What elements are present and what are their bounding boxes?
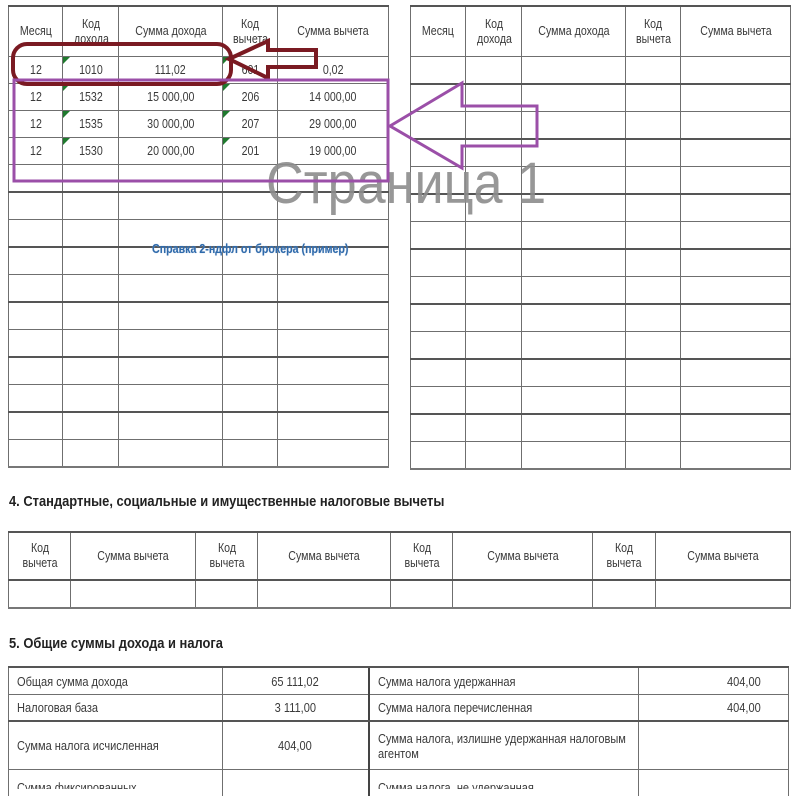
empty-cell [466, 442, 522, 470]
empty-cell [119, 385, 223, 413]
total-value-right: 404,00 [639, 667, 789, 695]
empty-cell [9, 165, 63, 193]
empty-cell [9, 357, 63, 385]
empty-cell [9, 220, 63, 248]
empty-cell [9, 385, 63, 413]
empty-cell [411, 249, 466, 277]
empty-cell [466, 332, 522, 360]
header-deduction-code: Код вычета [391, 532, 453, 580]
income-amount-cell: 15 000,00 [119, 84, 223, 111]
empty-cell [278, 357, 389, 385]
empty-cell [626, 194, 681, 222]
total-label-right: Сумма налога, не удержанная [369, 770, 639, 797]
empty-cell [9, 330, 63, 358]
empty-cell [466, 249, 522, 277]
empty-cell [626, 112, 681, 140]
empty-cell [681, 249, 791, 277]
header-deduction-amount: Сумма вычета [278, 6, 389, 57]
empty-cell [681, 167, 791, 195]
income-code-cell: 1530 [63, 138, 119, 165]
total-label-left: Общая сумма дохода [9, 667, 223, 695]
empty-cell [119, 357, 223, 385]
empty-cell [466, 304, 522, 332]
deduction-code-cell: 206 [223, 84, 278, 111]
total-value-left: 3 111,00 [223, 695, 369, 722]
totals-row: Налоговая база3 111,00Сумма налога переч… [9, 695, 789, 722]
empty-row [411, 112, 791, 140]
income-amount-cell: 30 000,00 [119, 111, 223, 138]
totals-row: Сумма налога исчисленная404,00Сумма нало… [9, 721, 789, 770]
header-deduction-amount: Сумма вычета [681, 6, 791, 57]
empty-cell [223, 385, 278, 413]
header-deduction-amount: Сумма вычета [656, 532, 791, 580]
income-table-right: Месяц Код дохода Сумма дохода Код вычета… [410, 5, 791, 470]
total-label-left: Налоговая база [9, 695, 223, 722]
totals-row: Сумма фиксированныхСумма налога, не удер… [9, 770, 789, 797]
empty-cell [411, 84, 466, 112]
income-code-cell: 1010 [63, 57, 119, 84]
total-label-right: Сумма налога удержанная [369, 667, 639, 695]
empty-cell [681, 442, 791, 470]
empty-cell [522, 332, 626, 360]
empty-cell [411, 414, 466, 442]
income-row: 12153530 000,0020729 000,00 [9, 111, 389, 138]
empty-cell [63, 330, 119, 358]
totals-table: Общая сумма дохода65 111,02Сумма налога … [8, 666, 789, 796]
section-4-title: 4. Стандартные, социальные и имущественн… [9, 493, 444, 510]
empty-row [9, 412, 389, 440]
income-code-cell: 1535 [63, 111, 119, 138]
header-deduction-code: Код вычета [196, 532, 258, 580]
empty-row [9, 357, 389, 385]
empty-cell [626, 304, 681, 332]
empty-cell [626, 84, 681, 112]
empty-cell [411, 112, 466, 140]
empty-cell [626, 249, 681, 277]
empty-cell [466, 359, 522, 387]
empty-cell [63, 165, 119, 193]
header-deduction-amount: Сумма вычета [71, 532, 196, 580]
empty-row [411, 332, 791, 360]
empty-cell [223, 302, 278, 330]
empty-cell [681, 414, 791, 442]
total-label-right: Сумма налога перечисленная [369, 695, 639, 722]
empty-cell [411, 359, 466, 387]
empty-cell [522, 387, 626, 415]
empty-cell [278, 302, 389, 330]
empty-row [411, 414, 791, 442]
empty-cell [223, 440, 278, 468]
empty-cell [119, 440, 223, 468]
empty-cell [626, 167, 681, 195]
empty-cell [466, 387, 522, 415]
empty-cell [656, 580, 791, 608]
empty-row [9, 275, 389, 303]
empty-cell [278, 440, 389, 468]
empty-cell [626, 359, 681, 387]
empty-row [411, 84, 791, 112]
empty-cell [9, 302, 63, 330]
empty-row [9, 330, 389, 358]
empty-row [411, 304, 791, 332]
total-value-left: 404,00 [223, 721, 369, 770]
empty-cell [9, 412, 63, 440]
total-value-right: 404,00 [639, 695, 789, 722]
empty-cell [223, 357, 278, 385]
empty-cell [391, 580, 453, 608]
example-caption-watermark: Справка 2-ндфл от брокера (пример) [152, 241, 348, 256]
empty-cell [411, 332, 466, 360]
empty-cell [278, 330, 389, 358]
empty-cell [119, 275, 223, 303]
empty-row [411, 222, 791, 250]
empty-cell [681, 112, 791, 140]
empty-cell [466, 222, 522, 250]
empty-cell [626, 442, 681, 470]
empty-row [411, 57, 791, 85]
empty-cell [593, 580, 656, 608]
empty-cell [63, 275, 119, 303]
empty-row [411, 359, 791, 387]
empty-cell [522, 414, 626, 442]
empty-cell [63, 385, 119, 413]
empty-cell [223, 412, 278, 440]
empty-cell [119, 330, 223, 358]
header-deduction-code: Код вычета [593, 532, 656, 580]
income-row: 12153215 000,0020614 000,00 [9, 84, 389, 111]
empty-cell [681, 277, 791, 305]
empty-cell [63, 220, 119, 248]
header-income-code: Код дохода [63, 6, 119, 57]
empty-row [411, 277, 791, 305]
empty-cell [522, 222, 626, 250]
month-cell: 12 [9, 84, 63, 111]
empty-cell [681, 387, 791, 415]
empty-cell [223, 330, 278, 358]
page-number-watermark: Страница 1 [266, 150, 546, 217]
empty-cell [466, 84, 522, 112]
total-label-left: Сумма налога исчисленная [9, 721, 223, 770]
empty-cell [626, 387, 681, 415]
empty-cell [278, 412, 389, 440]
empty-cell [522, 112, 626, 140]
totals-row: Общая сумма дохода65 111,02Сумма налога … [9, 667, 789, 695]
empty-cell [119, 412, 223, 440]
empty-cell [63, 302, 119, 330]
empty-cell [466, 414, 522, 442]
header-deduction-code: Код вычета [626, 6, 681, 57]
income-code-cell: 1532 [63, 84, 119, 111]
empty-cell [522, 359, 626, 387]
total-value-left: 65 111,02 [223, 667, 369, 695]
empty-cell [9, 580, 71, 608]
empty-cell [466, 57, 522, 85]
empty-cell [626, 332, 681, 360]
empty-cell [681, 304, 791, 332]
income-amount-cell: 20 000,00 [119, 138, 223, 165]
empty-cell [71, 580, 196, 608]
empty-row [9, 302, 389, 330]
empty-cell [411, 277, 466, 305]
empty-cell [681, 139, 791, 167]
empty-cell [522, 442, 626, 470]
empty-cell [411, 442, 466, 470]
empty-cell [626, 57, 681, 85]
income-row: 121010111,026010,02 [9, 57, 389, 84]
empty-cell [9, 192, 63, 220]
empty-cell [626, 139, 681, 167]
deduction-code-cell: 601 [223, 57, 278, 84]
empty-cell [411, 57, 466, 85]
empty-cell [626, 277, 681, 305]
empty-cell [681, 194, 791, 222]
empty-cell [681, 332, 791, 360]
deduction-code-cell: 207 [223, 111, 278, 138]
section-5-title: 5. Общие суммы дохода и налога [9, 635, 223, 652]
empty-cell [63, 440, 119, 468]
empty-cell [9, 247, 63, 275]
empty-cell [466, 277, 522, 305]
empty-cell [522, 304, 626, 332]
empty-cell [681, 359, 791, 387]
deduction-amount-cell: 0,02 [278, 57, 389, 84]
empty-row [411, 442, 791, 470]
empty-cell [411, 304, 466, 332]
empty-cell [522, 84, 626, 112]
empty-cell [466, 112, 522, 140]
empty-cell [681, 84, 791, 112]
total-value-left [223, 770, 369, 797]
total-value-right [639, 721, 789, 770]
empty-cell [411, 387, 466, 415]
header-deduction-code: Код вычета [9, 532, 71, 580]
month-cell: 12 [9, 111, 63, 138]
empty-cell [119, 192, 223, 220]
header-deduction-code: Код вычета [223, 6, 278, 57]
empty-row [411, 387, 791, 415]
total-label-right: Сумма налога, излишне удержанная налогов… [369, 721, 639, 770]
empty-cell [626, 414, 681, 442]
header-income-amount: Сумма дохода [119, 6, 223, 57]
empty-cell [453, 580, 593, 608]
header-deduction-amount: Сумма вычета [258, 532, 391, 580]
empty-cell [522, 277, 626, 305]
empty-cell [63, 357, 119, 385]
income-table-left: Месяц Код дохода Сумма дохода Код вычета… [8, 5, 389, 468]
empty-row [9, 440, 389, 468]
empty-cell [63, 247, 119, 275]
header-income-amount: Сумма дохода [522, 6, 626, 57]
empty-cell [223, 275, 278, 303]
empty-cell [522, 249, 626, 277]
month-cell: 12 [9, 57, 63, 84]
empty-cell [9, 275, 63, 303]
total-value-right [639, 770, 789, 797]
header-deduction-amount: Сумма вычета [453, 532, 593, 580]
empty-cell [63, 412, 119, 440]
empty-row [411, 249, 791, 277]
deduction-amount-cell: 14 000,00 [278, 84, 389, 111]
month-cell: 12 [9, 138, 63, 165]
standard-deductions-table: Код вычетаСумма вычетаКод вычетаСумма вы… [8, 531, 791, 609]
empty-row [9, 385, 389, 413]
empty-cell [626, 222, 681, 250]
empty-cell [681, 57, 791, 85]
empty-cell [119, 165, 223, 193]
empty-cell [681, 222, 791, 250]
empty-cell [196, 580, 258, 608]
empty-cell [258, 580, 391, 608]
empty-cell [278, 275, 389, 303]
empty-cell [522, 57, 626, 85]
empty-cell [278, 385, 389, 413]
empty-cell [9, 440, 63, 468]
header-month: Месяц [9, 6, 63, 57]
header-month: Месяц [411, 6, 466, 57]
header-income-code: Код дохода [466, 6, 522, 57]
income-amount-cell: 111,02 [119, 57, 223, 84]
empty-cell [411, 222, 466, 250]
total-label-left: Сумма фиксированных [9, 770, 223, 797]
empty-cell [63, 192, 119, 220]
empty-cell [119, 302, 223, 330]
deduction-amount-cell: 29 000,00 [278, 111, 389, 138]
